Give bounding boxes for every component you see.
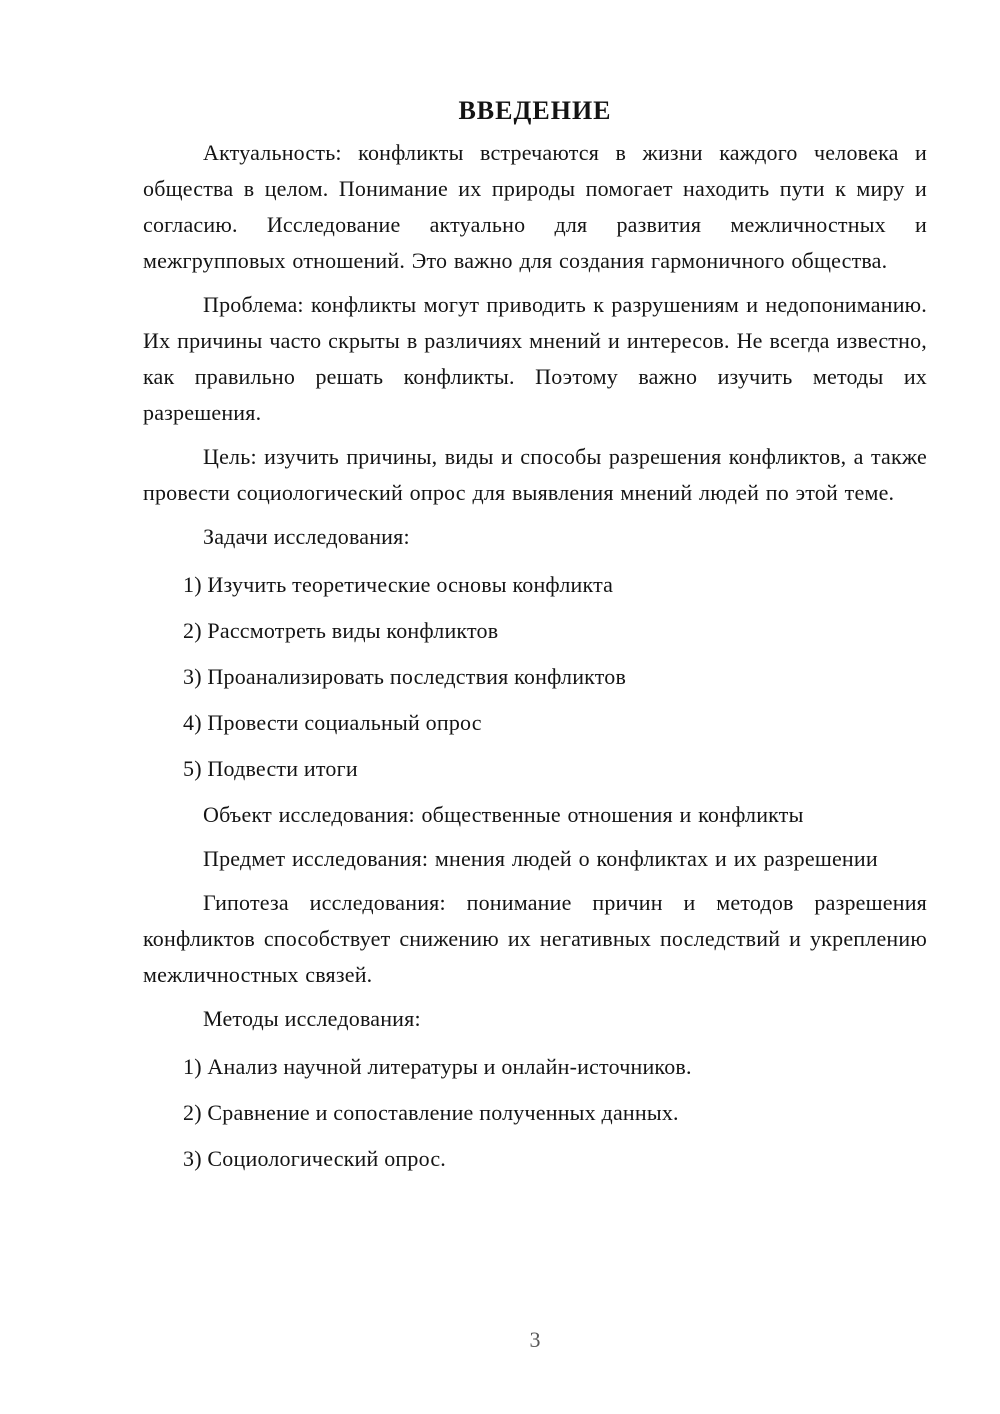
document-page: ВВЕДЕНИЕ Актуальность: конфликты встреча…: [0, 0, 1000, 1414]
task-item: 1) Изучить теоретические основы конфликт…: [143, 567, 927, 603]
task-item: 2) Рассмотреть виды конфликтов: [143, 613, 927, 649]
paragraph-object: Объект исследования: общественные отноше…: [143, 797, 927, 833]
paragraph-subject: Предмет исследования: мнения людей о кон…: [143, 841, 927, 877]
task-item: 5) Подвести итоги: [143, 751, 927, 787]
paragraph-problem: Проблема: конфликты могут приводить к ра…: [143, 287, 927, 431]
methods-list: 1) Анализ научной литературы и онлайн-ис…: [143, 1049, 927, 1177]
page-title: ВВЕДЕНИЕ: [143, 95, 927, 127]
method-item: 1) Анализ научной литературы и онлайн-ис…: [143, 1049, 927, 1085]
task-item: 4) Провести социальный опрос: [143, 705, 927, 741]
methods-heading: Методы исследования:: [143, 1001, 927, 1037]
task-item: 3) Проанализировать последствия конфликт…: [143, 659, 927, 695]
method-item: 2) Сравнение и сопоставление полученных …: [143, 1095, 927, 1131]
page-number: 3: [143, 1323, 927, 1357]
paragraph-goal: Цель: изучить причины, виды и способы ра…: [143, 439, 927, 511]
paragraph-relevance: Актуальность: конфликты встречаются в жи…: [143, 135, 927, 279]
tasks-list: 1) Изучить теоретические основы конфликт…: [143, 567, 927, 787]
paragraph-hypothesis: Гипотеза исследования: понимание причин …: [143, 885, 927, 993]
method-item: 3) Социологический опрос.: [143, 1141, 927, 1177]
tasks-heading: Задачи исследования:: [143, 519, 927, 555]
